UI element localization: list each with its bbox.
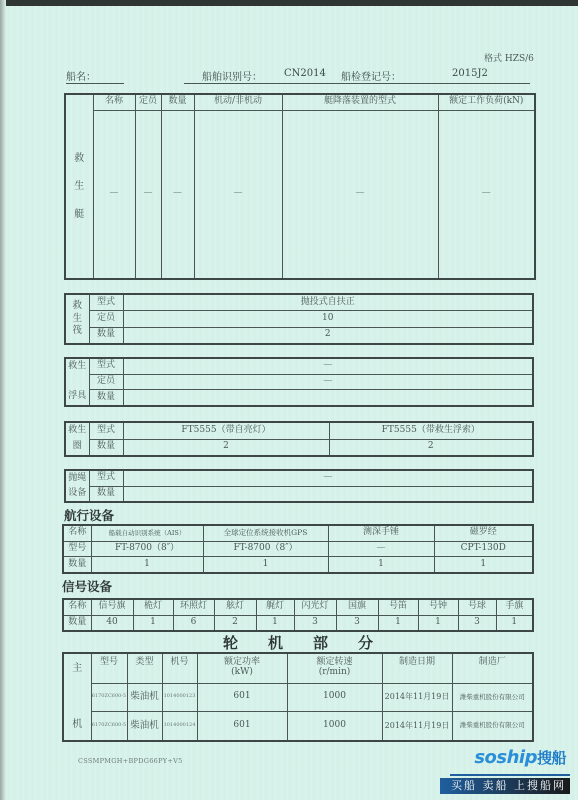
cell-value: — xyxy=(123,358,533,374)
col-header: 额定转速(r/min) xyxy=(287,653,382,683)
cell-value xyxy=(123,390,533,406)
cell-value: — xyxy=(282,110,438,279)
cell-value: 2 xyxy=(329,439,533,456)
row-label: 名称 xyxy=(63,599,91,615)
header-underline xyxy=(184,83,530,84)
cell-value: 抛投式自扶正 xyxy=(123,294,533,311)
row-label: 定员 xyxy=(89,311,123,327)
inspection-reg-label: 船检登记号： xyxy=(341,68,401,83)
main-engine-label: 主机 xyxy=(63,653,91,741)
engine-type: 柴油机 xyxy=(127,683,162,711)
cell-value: FT-8700（8″） xyxy=(91,541,203,557)
cell-value: 2 xyxy=(123,439,329,456)
liferaft-label: 救生筏 xyxy=(65,294,89,344)
cell-value: 船载自动识别系统（AIS） xyxy=(91,525,203,541)
signal-qty: 3 xyxy=(336,615,378,631)
signal-name: 号笛 xyxy=(378,599,418,615)
col-header: 制造厂 xyxy=(452,653,533,683)
cell-value: 测深手锤 xyxy=(328,525,434,541)
lifebuoy-table: 救生 型式 FT5555（带自亮灯） FT5555（带救生浮索） 圈 数量 2 … xyxy=(64,421,534,457)
col-header: 定员 xyxy=(135,94,161,110)
signal-qty: 40 xyxy=(91,615,133,631)
signal-name: 号球 xyxy=(458,599,496,615)
signal-qty: 1 xyxy=(256,615,294,631)
row-label: 数量 xyxy=(89,439,123,456)
col-header: 艇降落装置的型式 xyxy=(282,94,438,110)
cell-value: 1 xyxy=(203,557,328,573)
row-label: 数量 xyxy=(89,390,123,406)
cell-value: FT5555（带自亮灯） xyxy=(123,422,329,439)
engine-title: 轮 机 部 分 xyxy=(62,632,534,653)
engine-maker: 潍柴重机股份有限公司 xyxy=(452,711,533,741)
cell-value: FT-8700（8″） xyxy=(203,541,328,557)
signal-name: 舷灯 xyxy=(214,599,256,615)
lifebuoy-label-bottom: 圈 xyxy=(65,439,89,456)
cell-value: 2 xyxy=(123,327,533,344)
cell-value: CPT-130D xyxy=(434,541,533,557)
cell-value: — xyxy=(123,374,533,390)
line-throwing-label-top: 抛绳 xyxy=(65,470,89,486)
form-code: 格式 HZS/6 xyxy=(484,51,534,64)
buoyant-apparatus-table: 救生 型式 — 定员 — 浮具 数量 xyxy=(64,357,534,407)
col-header: 额定功率(kW) xyxy=(197,653,287,683)
col-header: 机号 xyxy=(162,653,197,683)
cell-value: — xyxy=(135,110,161,279)
signal-qty: 1 xyxy=(133,615,173,631)
line-throwing-table: 抛绳 型式 — 设备 数量 xyxy=(64,469,534,503)
soship-slogan: 买船 卖船 上搜船网 xyxy=(440,778,570,794)
col-header: 名称 xyxy=(93,94,135,110)
signal-qty: 1 xyxy=(496,615,533,631)
col-header: 数量 xyxy=(161,94,194,110)
ship-name-label: 船名： xyxy=(66,68,96,83)
cell-value: 全球定位系统接收机GPS xyxy=(203,525,328,541)
engine-rpm: 1000 xyxy=(287,683,382,711)
cell-value: — xyxy=(328,541,434,557)
row-label: 型式 xyxy=(89,294,123,311)
engine-date: 2014年11月19日 xyxy=(382,711,452,741)
signal-qty: 2 xyxy=(214,615,256,631)
row-label: 数量 xyxy=(63,615,91,631)
engine-table: 主机 型号 类型 机号 额定功率(kW) 额定转速(r/min) 制造日期 制造… xyxy=(62,652,534,742)
cell-value: 10 xyxy=(123,311,533,327)
lifeboat-label: 救生艇 xyxy=(65,94,93,279)
row-label: 型式 xyxy=(89,358,123,374)
cell-value: — xyxy=(93,110,135,279)
liferaft-table: 救生筏 型式 抛投式自扶正 定员 10 数量 2 xyxy=(64,293,534,345)
col-header: 制造日期 xyxy=(382,653,452,683)
signal-name: 国旗 xyxy=(336,599,378,615)
signal-qty: 1 xyxy=(378,615,418,631)
navigation-title: 航行设备 xyxy=(64,506,114,524)
row-label: 数量 xyxy=(89,486,123,502)
buoyant-label-bottom: 浮具 xyxy=(65,390,89,406)
cell-value: — xyxy=(194,110,282,279)
buoyant-label-spacer xyxy=(65,374,89,390)
engine-power: 601 xyxy=(197,711,287,741)
row-label: 数量 xyxy=(63,557,91,573)
engine-serial: 1014000123 xyxy=(162,683,197,711)
engine-model: 6170ZC600-5 xyxy=(91,683,127,711)
signal-title: 信号设备 xyxy=(62,577,112,595)
col-header: 额定工作负荷(kN) xyxy=(438,94,535,110)
engine-model: 6170ZC600-5 xyxy=(91,711,127,741)
engine-date: 2014年11月19日 xyxy=(382,683,452,711)
lifeboat-table: 救生艇 名称 定员 数量 机动/非机动 艇降落装置的型式 额定工作负荷(kN) … xyxy=(64,93,536,280)
signal-qty: 1 xyxy=(418,615,458,631)
col-header: 机动/非机动 xyxy=(194,94,282,110)
inspection-reg-value: 2015J2 xyxy=(452,68,488,79)
row-label: 定员 xyxy=(89,374,123,390)
scan-left-edge xyxy=(0,0,6,800)
signal-name: 桅灯 xyxy=(133,599,173,615)
cell-value: 1 xyxy=(91,557,203,573)
cell-value: — xyxy=(438,110,535,279)
signal-name: 环照灯 xyxy=(173,599,214,615)
row-label: 型式 xyxy=(89,470,123,486)
cell-value: — xyxy=(123,470,533,486)
soship-logo: soship搜船 xyxy=(474,747,566,768)
soship-watermark[interactable]: soship搜船 买船 卖船 上搜船网 xyxy=(440,747,570,795)
ship-id-label: 船舶识别号： xyxy=(202,68,262,83)
buoyant-label-top: 救生 xyxy=(65,358,89,374)
cell-value xyxy=(123,486,533,502)
signal-name: 闪光灯 xyxy=(294,599,336,615)
signal-name: 信号旗 xyxy=(91,599,133,615)
line-throwing-label-bottom: 设备 xyxy=(65,486,89,502)
row-label: 名称 xyxy=(63,525,91,541)
col-header: 型号 xyxy=(91,653,127,683)
lifebuoy-label-top: 救生 xyxy=(65,422,89,439)
row-label: 型式 xyxy=(89,422,123,439)
signal-qty: 6 xyxy=(173,615,214,631)
signal-name: 艉灯 xyxy=(256,599,294,615)
signal-name: 手旗 xyxy=(496,599,533,615)
cell-value: 磁罗经 xyxy=(434,525,533,541)
engine-type: 柴油机 xyxy=(127,711,162,741)
footer-code: CSSMPMGH+BPDG66PY+V5 xyxy=(78,757,183,765)
row-label: 数量 xyxy=(89,327,123,344)
signal-table: 名称 信号旗 桅灯 环照灯 舷灯 艉灯 闪光灯 国旗 号笛 号钟 号球 手旗 数… xyxy=(62,598,534,632)
signal-qty: 3 xyxy=(458,615,496,631)
cell-value: 1 xyxy=(328,557,434,573)
engine-maker: 潍柴重机股份有限公司 xyxy=(452,683,533,711)
signal-name: 号钟 xyxy=(418,599,458,615)
engine-rpm: 1000 xyxy=(287,711,382,741)
logo-divider xyxy=(450,774,570,776)
engine-power: 601 xyxy=(197,683,287,711)
ship-id-value: CN2014 xyxy=(284,68,326,79)
ship-header: 船名： 船舶识别号： CN2014 船检登记号： 2015J2 xyxy=(66,68,530,84)
signal-qty: 3 xyxy=(294,615,336,631)
ship-name-underline xyxy=(66,83,124,84)
col-header: 类型 xyxy=(127,653,162,683)
cell-value: FT5555（带救生浮索） xyxy=(329,422,533,439)
row-label: 型号 xyxy=(63,541,91,557)
cell-value: — xyxy=(161,110,194,279)
navigation-table: 名称 船载自动识别系统（AIS） 全球定位系统接收机GPS 测深手锤 磁罗经 型… xyxy=(62,524,534,574)
engine-serial: 1014000124 xyxy=(162,711,197,741)
cell-value: 1 xyxy=(434,557,533,573)
